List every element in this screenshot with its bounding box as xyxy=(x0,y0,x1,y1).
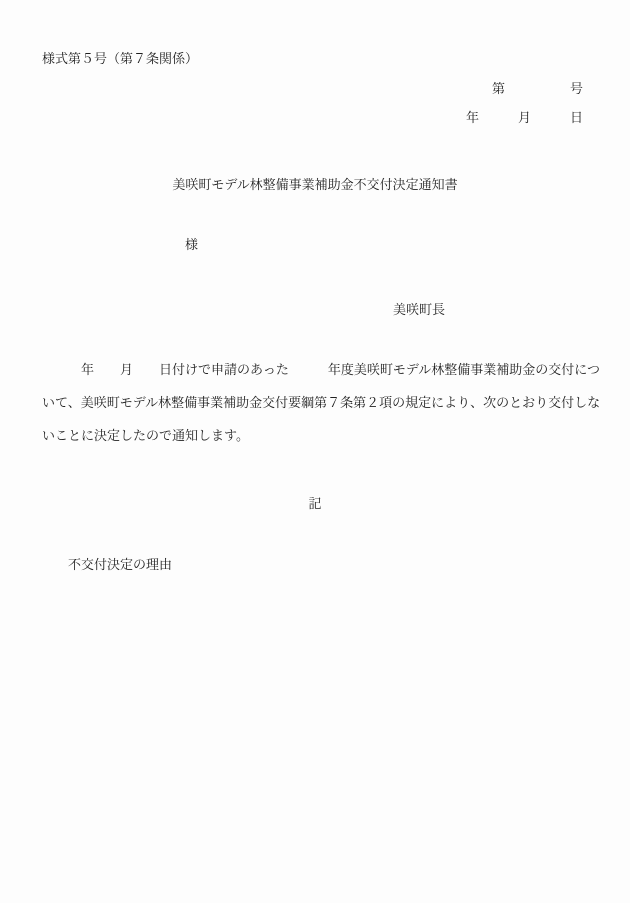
body-line-2: いて、美咲町モデル林整備事業補助金交付要綱第７条第２項の規定により、次のとおり交… xyxy=(42,394,617,411)
body-paragraph: 年 月 日付けで申請のあった 年度美咲町モデル林整備事業補助金の交付につ いて、… xyxy=(42,361,617,460)
date-line: 年 月 日 xyxy=(466,109,583,126)
addressee-honorific: 様 xyxy=(185,236,198,253)
body-line-1: 年 月 日付けで申請のあった 年度美咲町モデル林整備事業補助金の交付につ xyxy=(42,361,617,378)
sender-title: 美咲町長 xyxy=(393,301,445,318)
notification-document-page: 様式第５号（第７条関係） 第 号 年 月 日 美咲町モデル林整備事業補助金不交付… xyxy=(0,0,630,903)
document-number-line: 第 号 xyxy=(492,80,583,97)
document-title: 美咲町モデル林整備事業補助金不交付決定通知書 xyxy=(0,176,630,193)
form-number: 様式第５号（第７条関係） xyxy=(42,50,198,67)
reason-label: 不交付決定の理由 xyxy=(68,556,172,573)
body-line-3: いことに決定したので通知します。 xyxy=(42,427,617,444)
record-marker: 記 xyxy=(0,495,630,512)
